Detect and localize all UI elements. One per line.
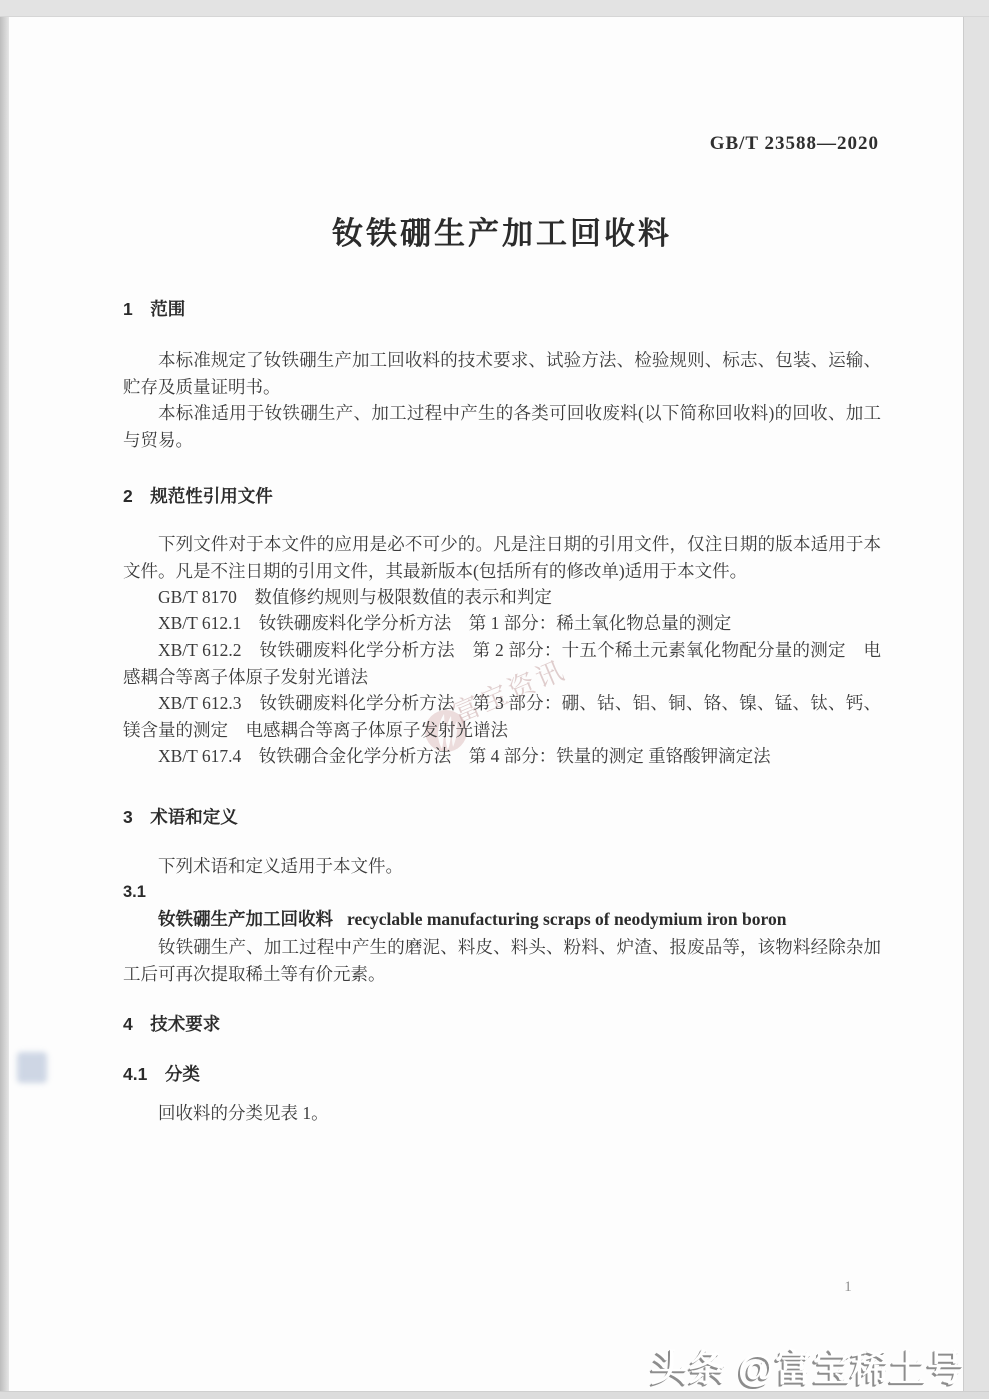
watermark-bottom-text: 头条 @富宝稀土号: [651, 1338, 965, 1392]
page-number: 1: [838, 1279, 858, 1296]
classification-text: 回收料的分类见表 1。: [123, 1100, 881, 1127]
term-number: 3.1: [123, 879, 881, 906]
reference-item: XB/T 612.1 钕铁硼废料化学分析方法 第 1 部分：稀土氧化物总量的测定: [123, 610, 881, 637]
scan-edge-right: [963, 0, 989, 1399]
scan-edge-top: [0, 0, 989, 17]
section-4-heading: 4 技术要求: [123, 1011, 881, 1038]
scan-smudge: [17, 1052, 47, 1083]
document-title: 钕铁硼生产加工回收料: [123, 208, 881, 253]
section-4-1-heading: 4.1 分类: [123, 1061, 881, 1088]
section-3-heading: 3 术语和定义: [123, 804, 881, 831]
terms-intro: 下列术语和定义适用于本文件。: [123, 853, 881, 880]
term-name-en: recyclable manufacturing scraps of neody…: [347, 909, 786, 929]
scope-paragraph-2: 本标准适用于钕铁硼生产、加工过程中产生的各类可回收废料(以下简称回收料)的回收、…: [123, 400, 881, 453]
section-1-heading: 1 范围: [123, 296, 881, 323]
term-line: 钕铁硼生产加工回收料recyclable manufacturing scrap…: [123, 906, 881, 933]
scan-edge-left: [0, 0, 9, 1399]
reference-item: XB/T 612.3 钕铁硼废料化学分析方法 第 3 部分：硼、钴、铝、铜、铬、…: [123, 690, 881, 743]
term-name-zh: 钕铁硼生产加工回收料: [158, 909, 333, 929]
scope-paragraph-1: 本标准规定了钕铁硼生产加工回收料的技术要求、试验方法、检验规则、标志、包装、运输…: [123, 347, 881, 400]
section-2-heading: 2 规范性引用文件: [123, 483, 881, 510]
reference-item: XB/T 612.2 钕铁硼废料化学分析方法 第 2 部分：十五个稀土元素氧化物…: [123, 637, 881, 690]
standard-code: GB/T 23588—2020: [123, 133, 879, 155]
scan-edge-bottom: [0, 1391, 989, 1399]
document-page: 富宝资讯 GB/T 23588—2020 钕铁硼生产加工回收料 1 范围 本标准…: [0, 0, 989, 1399]
reference-item: GB/T 8170 数值修约规则与极限数值的表示和判定: [123, 584, 881, 611]
normative-intro: 下列文件对于本文件的应用是必不可少的。凡是注日期的引用文件，仅注日期的版本适用于…: [123, 531, 881, 584]
term-definition: 钕铁硼生产、加工过程中产生的磨泥、料皮、料头、粉料、炉渣、报废品等，该物料经除杂…: [123, 934, 881, 987]
reference-item: XB/T 617.4 钕铁硼合金化学分析方法 第 4 部分：铁量的测定 重铬酸钾…: [123, 743, 881, 770]
